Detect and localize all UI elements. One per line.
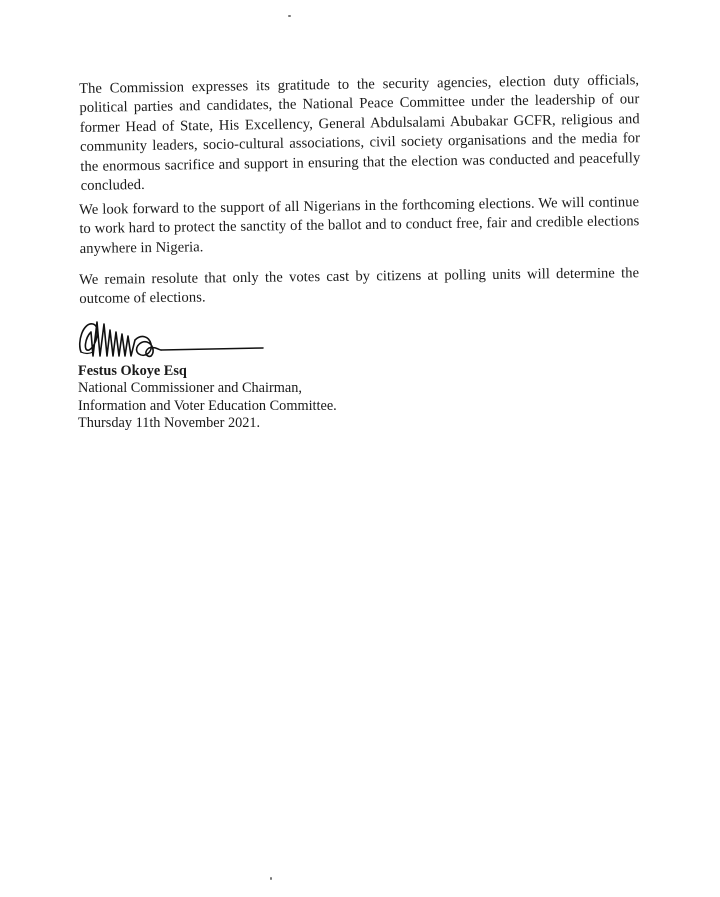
document-page: The Commission expresses its gratitude t… xyxy=(0,0,720,897)
signature-icon xyxy=(75,312,275,366)
paragraph-resolve: We remain resolute that only the votes c… xyxy=(79,264,639,310)
signatory-title-line-1: National Commissioner and Chairman, xyxy=(78,380,337,397)
signatory-title-line-2: Information and Voter Education Committe… xyxy=(78,398,337,415)
paragraph-support: We look forward to the support of all Ni… xyxy=(79,193,640,259)
document-date: Thursday 11th November 2021. xyxy=(78,415,337,432)
signatory-block: Festus Okoye Esq National Commissioner a… xyxy=(78,363,337,432)
scan-speck xyxy=(270,877,272,880)
paragraph-gratitude: The Commission expresses its gratitude t… xyxy=(79,71,641,196)
signatory-name: Festus Okoye Esq xyxy=(78,363,337,380)
scan-speck xyxy=(288,15,291,17)
